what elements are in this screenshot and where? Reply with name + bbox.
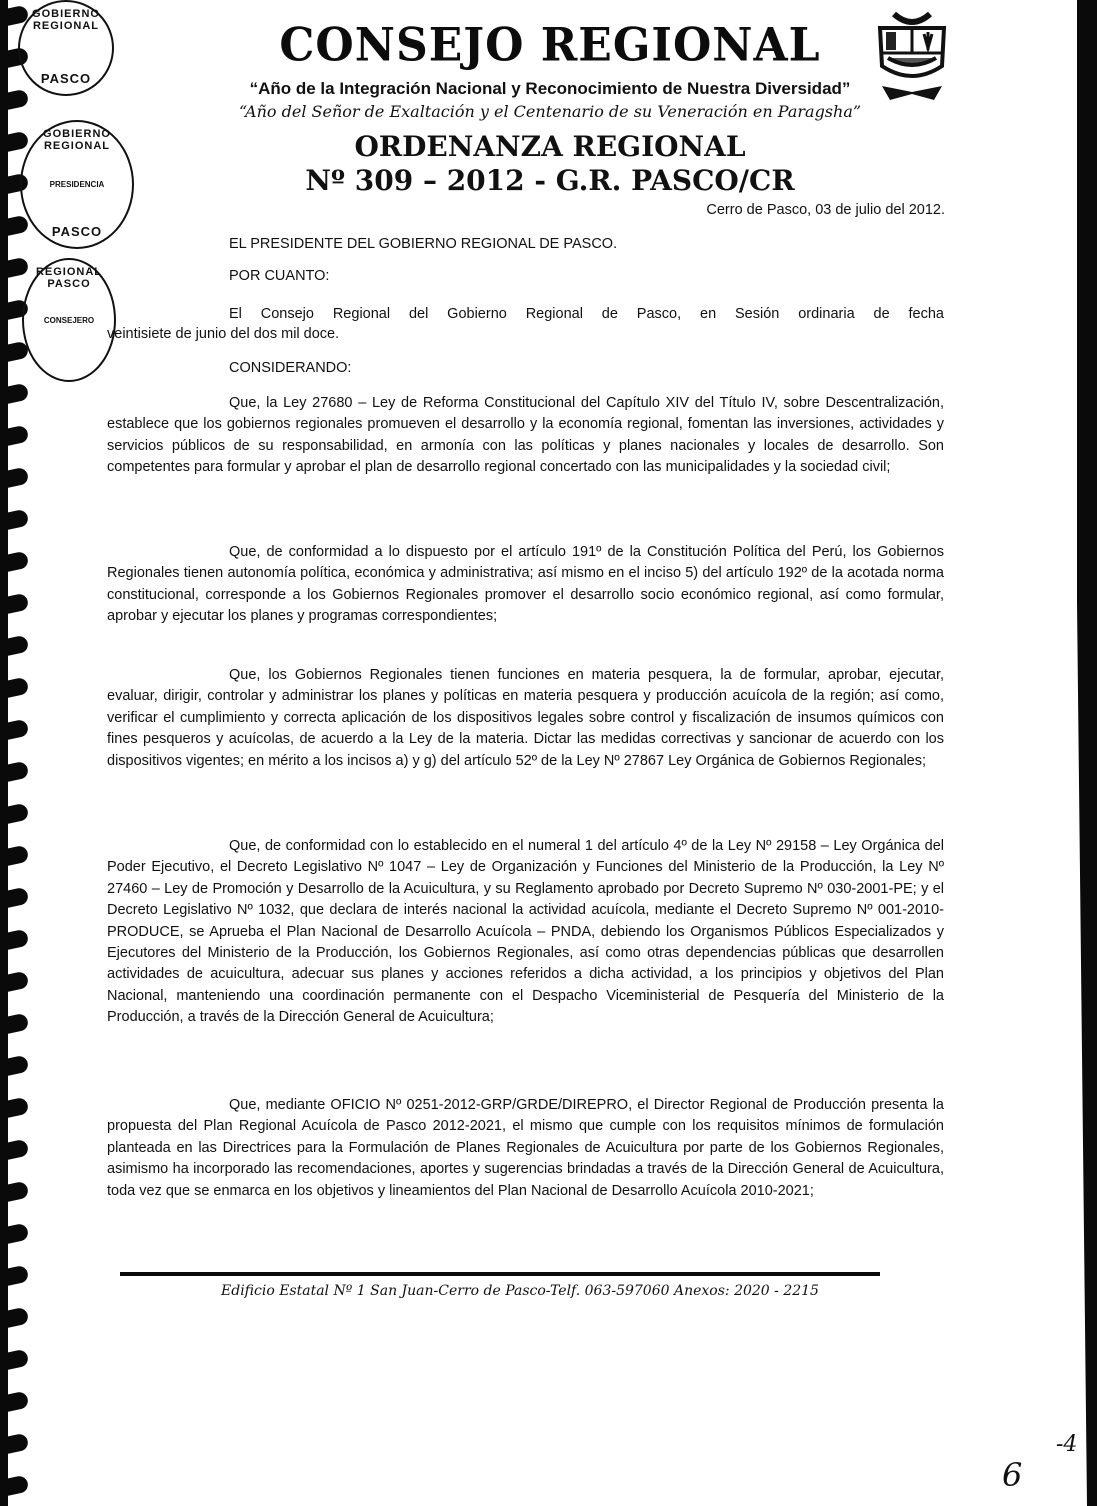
- binding-ring: [0, 1433, 29, 1457]
- binding-ring: [0, 635, 29, 659]
- intro-line-2: veintisiete de junio del dos mil doce.: [107, 326, 339, 342]
- binding-ring: [0, 1349, 29, 1373]
- binding-ring: [0, 929, 29, 953]
- stamp-ring-text: REGIONAL PASCO: [24, 266, 114, 290]
- paragraph-oficio-direpro: Que, mediante OFICIO Nº 0251-2012-GRP/GR…: [107, 1095, 944, 1202]
- paragraph-text: Que, los Gobiernos Regionales tienen fun…: [107, 667, 944, 769]
- binding-ring: [0, 425, 29, 449]
- binding-ring: [0, 89, 29, 113]
- binding-ring: [0, 1391, 29, 1415]
- binding-ring: [0, 845, 29, 869]
- binding-ring: [0, 1013, 29, 1037]
- council-title: CONSEJO REGIONAL: [150, 19, 950, 73]
- stamp-bottom-text: PASCO: [22, 224, 132, 239]
- binding-ring: [0, 509, 29, 533]
- handwritten-page-number: 6: [1002, 1456, 1022, 1494]
- stamp-gobierno-regional: GOBIERNO REGIONAL PASCO: [18, 0, 114, 96]
- considerando-heading: CONSIDERANDO:: [229, 360, 351, 376]
- binding-ring: [0, 887, 29, 911]
- binding-ring: [0, 467, 29, 491]
- footer-address: Edificio Estatal Nº 1 San Juan-Cerro de …: [120, 1283, 920, 1299]
- paragraph-text: Que, de conformidad a lo dispuesto por e…: [107, 544, 944, 624]
- binding-ring: [0, 971, 29, 995]
- binding-ring: [0, 1055, 29, 1079]
- binding-ring: [0, 761, 29, 785]
- binding-ring: [0, 1265, 29, 1289]
- footer-divider: [120, 1272, 880, 1276]
- paragraph-constitucion: Que, de conformidad a lo dispuesto por e…: [107, 542, 944, 628]
- document-number: Nº 309 – 2012 - G.R. PASCO/CR: [150, 164, 950, 197]
- paragraph-text: Que, mediante OFICIO Nº 0251-2012-GRP/GR…: [107, 1097, 944, 1199]
- binding-ring: [0, 1307, 29, 1331]
- binding-ring: [0, 1139, 29, 1163]
- por-cuanto-heading: POR CUANTO:: [229, 268, 329, 284]
- handwritten-annotation: -4: [1056, 1432, 1077, 1457]
- binding-ring: [0, 1181, 29, 1205]
- stamp-center-text: CONSEJERO: [44, 316, 94, 325]
- scan-edge-shadow: [1077, 0, 1097, 1506]
- binding-ring: [0, 719, 29, 743]
- document-page: GOBIERNO REGIONAL PASCO GOBIERNO REGIONA…: [0, 0, 1097, 1506]
- binding-ring: [0, 383, 29, 407]
- paragraph-plan-nacional: Que, de conformidad con lo establecido e…: [107, 836, 944, 1029]
- binding-ring: [0, 1223, 29, 1247]
- document-type: ORDENANZA REGIONAL: [150, 130, 950, 163]
- year-motto-regional: “Año del Señor de Exaltación y el Centen…: [150, 102, 950, 121]
- year-motto-national: “Año de la Integración Nacional y Recono…: [150, 79, 950, 99]
- binding-ring: [0, 1097, 29, 1121]
- binding-ring: [0, 593, 29, 617]
- binding-ring: [0, 803, 29, 827]
- date-line: Cerro de Pasco, 03 de julio del 2012.: [706, 202, 945, 218]
- president-line: EL PRESIDENTE DEL GOBIERNO REGIONAL DE P…: [229, 236, 617, 252]
- stamp-ring-text: GOBIERNO REGIONAL: [20, 8, 112, 32]
- stamp-ring-text: GOBIERNO REGIONAL: [22, 128, 132, 152]
- stamp-consejero: REGIONAL PASCO CONSEJERO: [22, 258, 116, 382]
- stamp-center-text: PRESIDENCIA: [50, 180, 105, 189]
- stamp-bottom-text: PASCO: [20, 71, 112, 86]
- intro-line-1: El Consejo Regional del Gobierno Regiona…: [229, 306, 944, 322]
- binding-ring: [0, 551, 29, 575]
- binding-ring: [0, 677, 29, 701]
- paragraph-text: Que, la Ley 27680 – Ley de Reforma Const…: [107, 395, 944, 475]
- paragraph-text: Que, de conformidad con lo establecido e…: [107, 838, 944, 1025]
- stamp-presidencia: GOBIERNO REGIONAL PRESIDENCIA PASCO: [20, 120, 134, 249]
- binding-ring: [0, 1475, 29, 1499]
- paragraph-ley-27680: Que, la Ley 27680 – Ley de Reforma Const…: [107, 393, 944, 479]
- paragraph-funciones-pesqueras: Que, los Gobiernos Regionales tienen fun…: [107, 665, 944, 772]
